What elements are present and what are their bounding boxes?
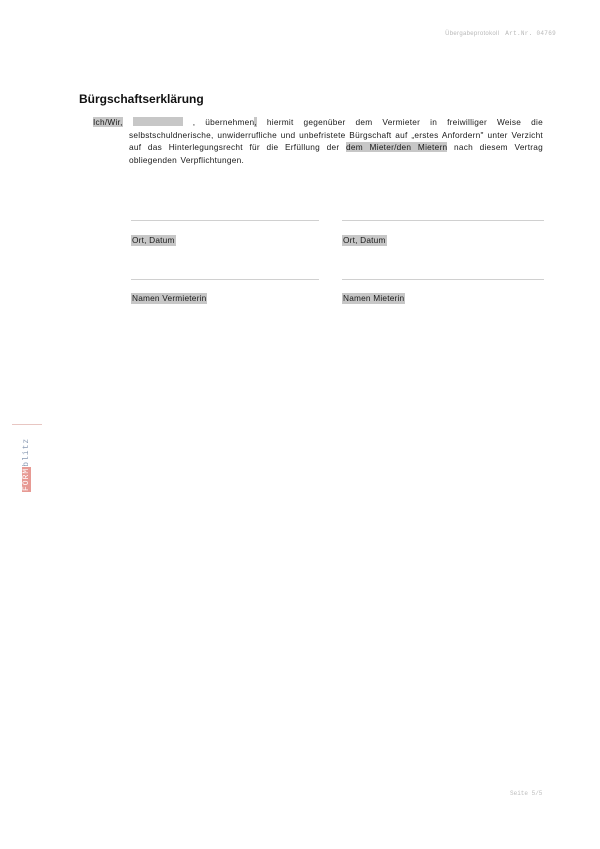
signature-line-right-bottom	[342, 279, 544, 280]
guarantee-declaration-text: Ich/Wir, , übernehmen, hiermit gegenüber…	[93, 116, 543, 166]
section-title: Bürgschaftserklärung	[79, 92, 204, 106]
right-place-date-label: Ort, Datum	[342, 235, 387, 246]
document-header-reference: ÜbergabeprotokollArt.Nr. 04769	[445, 30, 556, 37]
formblitz-logo: FORMblitz	[22, 438, 31, 492]
signature-line-left-bottom	[131, 279, 319, 280]
landlord-name-label: Namen Vermieterin	[131, 293, 207, 304]
tenant-name-label: Namen Mieterin	[342, 293, 405, 304]
document-name: Übergabeprotokoll	[445, 31, 499, 37]
guarantor-name-field[interactable]	[133, 117, 183, 126]
article-number: Art.Nr. 04769	[505, 30, 556, 37]
page-number: Seite 5/5	[510, 790, 542, 797]
guarantor-label: Ich/Wir,	[93, 117, 123, 127]
signature-line-right-top	[342, 220, 544, 221]
brand-divider	[12, 424, 42, 425]
tenant-field[interactable]: dem Mieter/den Mietern	[346, 142, 447, 152]
signature-line-left-top	[131, 220, 319, 221]
left-place-date-label: Ort, Datum	[131, 235, 176, 246]
